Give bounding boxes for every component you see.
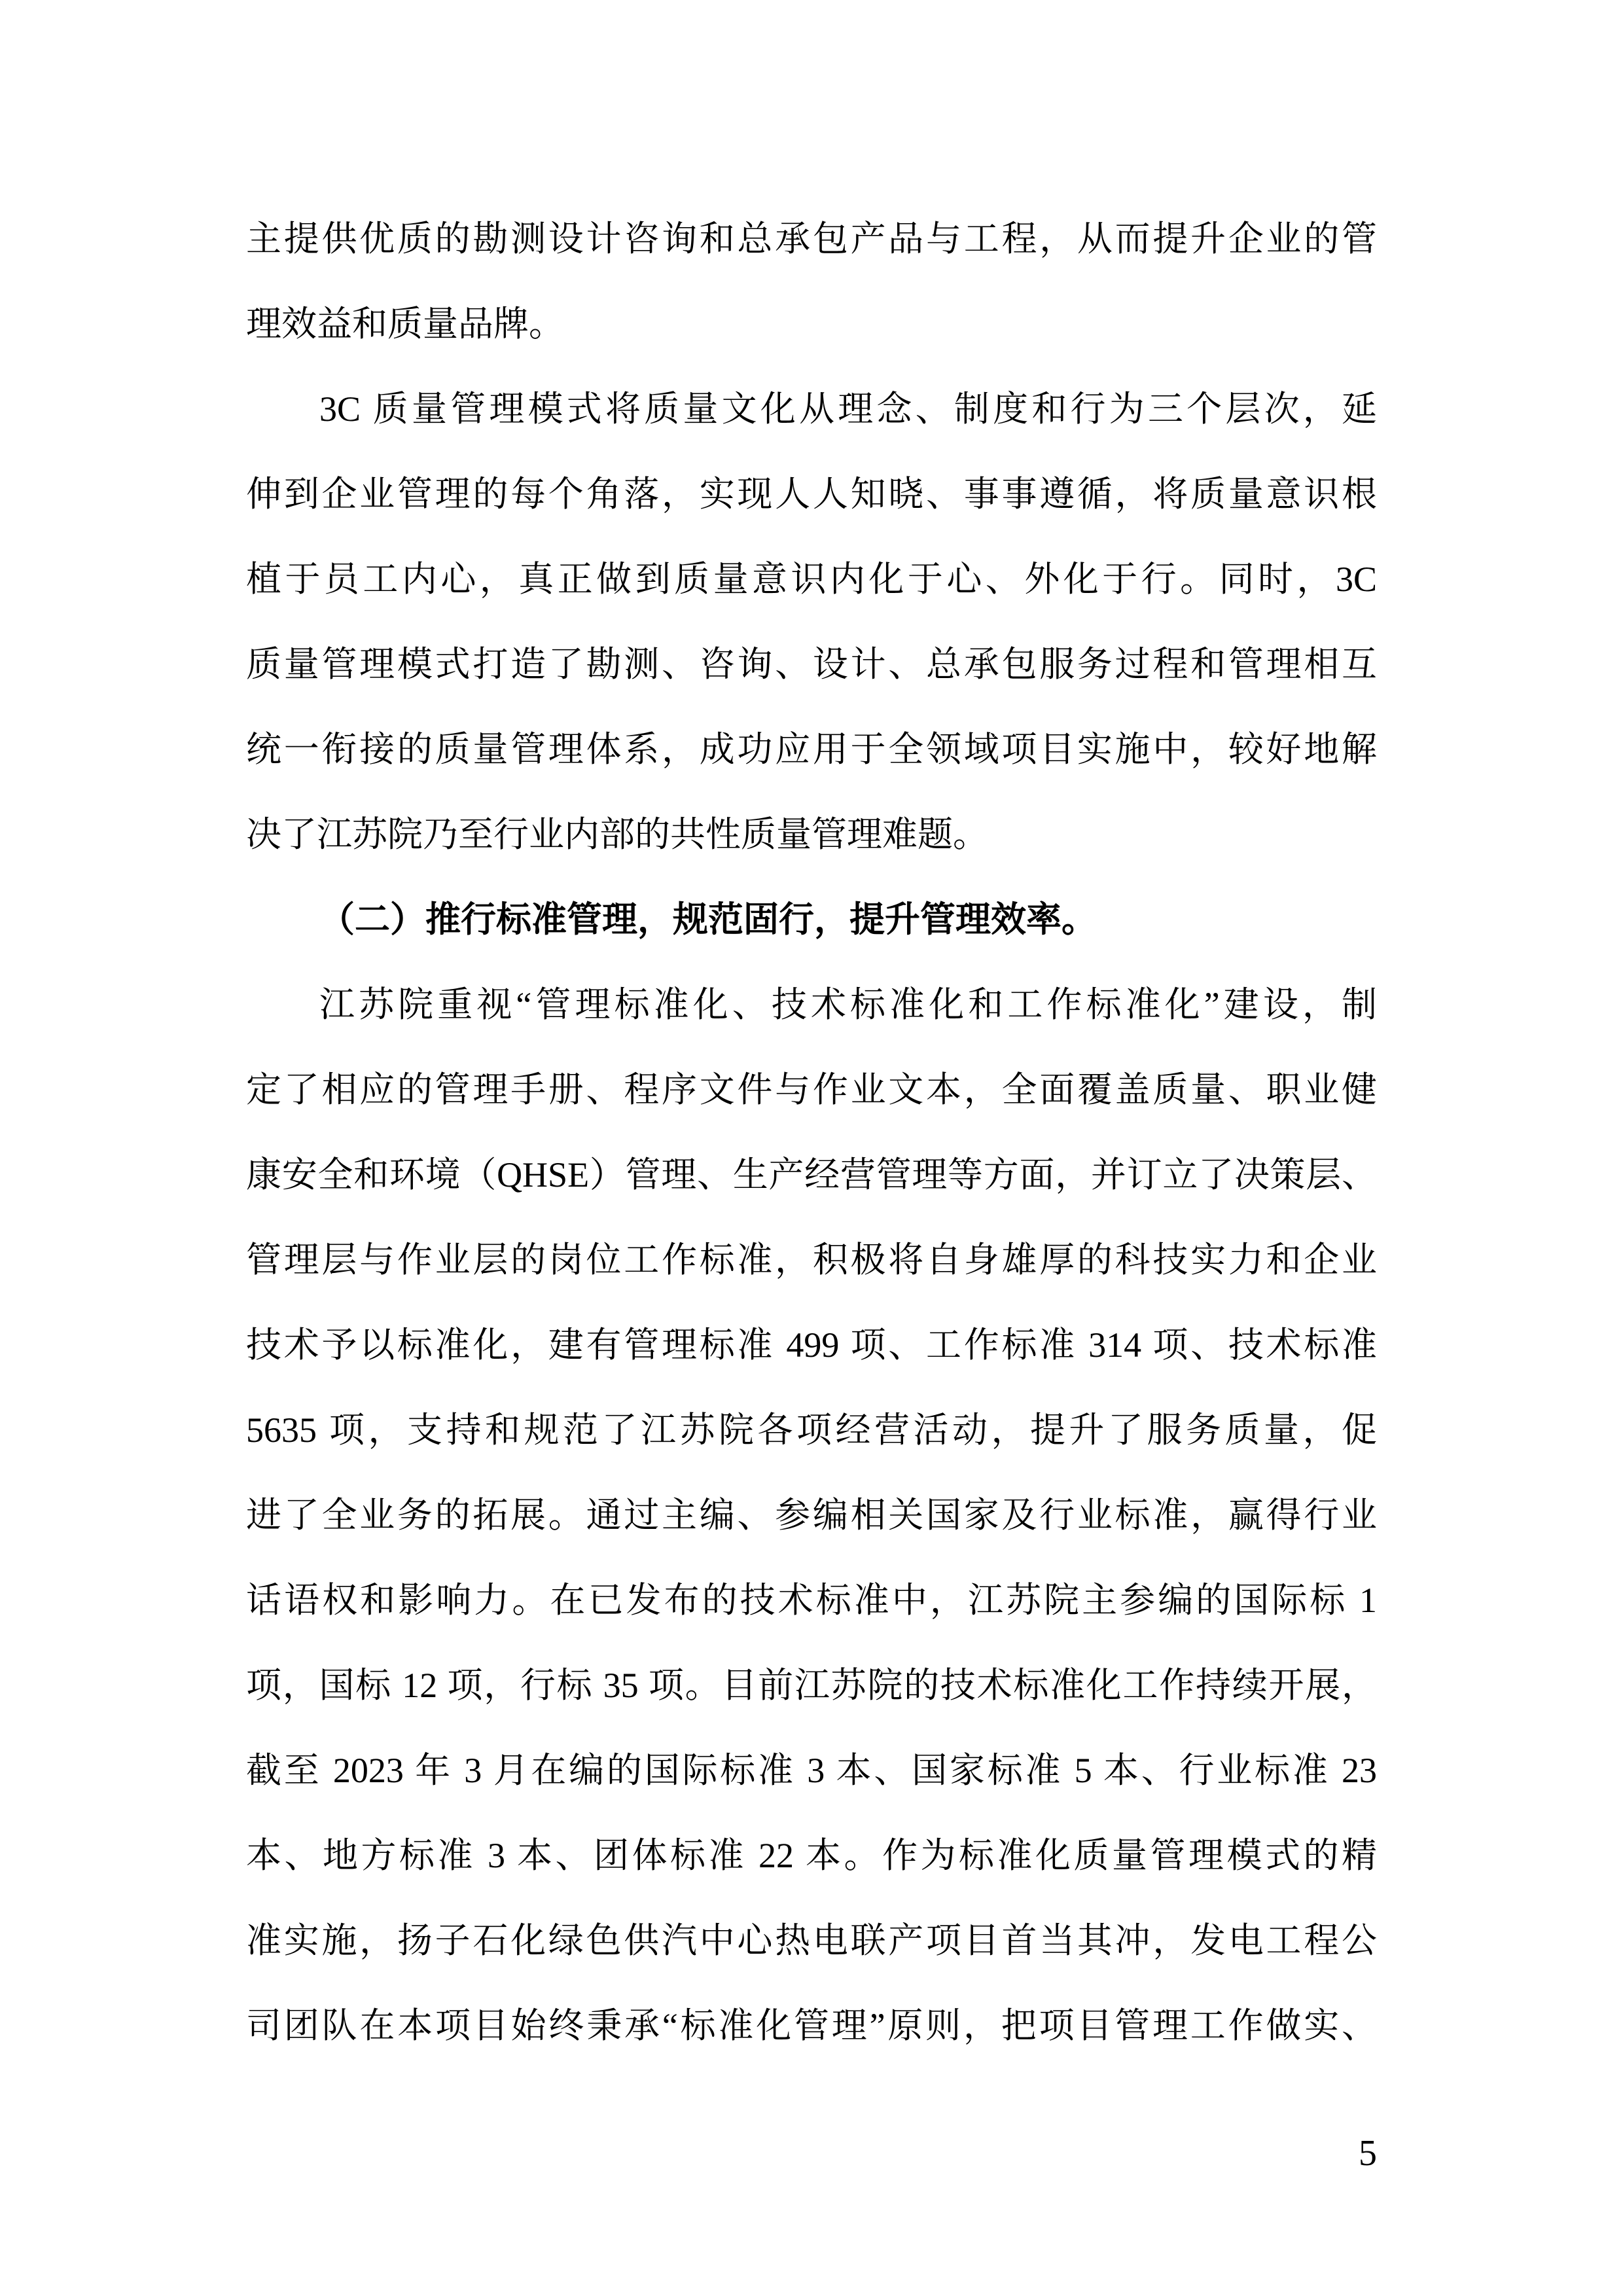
text-line: 准实施，扬子石化绿色供汽中心热电联产项目首当其冲，发电工程公	[246, 1898, 1377, 1983]
text-line: 进了全业务的拓展。通过主编、参编相关国家及行业标准，赢得行业	[246, 1473, 1377, 1558]
text-line: 理效益和质量品牌。	[246, 281, 1377, 367]
text-line: 主提供优质的勘测设计咨询和总承包产品与工程，从而提升企业的管	[246, 196, 1377, 281]
text-line: 管理层与作业层的岗位工作标准，积极将自身雄厚的科技实力和企业	[246, 1217, 1377, 1302]
text-line: 定了相应的管理手册、程序文件与作业文本，全面覆盖质量、职业健	[246, 1047, 1377, 1132]
text-line: 技术予以标准化，建有管理标准 499 项、工作标准 314 项、技术标准	[246, 1302, 1377, 1388]
text-line: 统一衔接的质量管理体系，成功应用于全领域项目实施中，较好地解	[246, 707, 1377, 792]
text-line: 截至 2023 年 3 月在编的国际标准 3 本、国家标准 5 本、行业标准 2…	[246, 1728, 1377, 1813]
text-line: 植于员工内心，真正做到质量意识内化于心、外化于行。同时，3C	[246, 537, 1377, 622]
text-line: 康安全和环境（QHSE）管理、生产经营管理等方面，并订立了决策层、	[246, 1132, 1377, 1217]
document-body: 主提供优质的勘测设计咨询和总承包产品与工程，从而提升企业的管理效益和质量品牌。3…	[246, 196, 1377, 2068]
text-line: 江苏院重视“管理标准化、技术标准化和工作标准化”建设，制	[246, 962, 1377, 1047]
text-line: 伸到企业管理的每个角落，实现人人知晓、事事遵循，将质量意识根	[246, 452, 1377, 537]
section-heading: （二）推行标准管理，规范固行，提升管理效率。	[246, 877, 1377, 962]
text-line: 项，国标 12 项，行标 35 项。目前江苏院的技术标准化工作持续开展，	[246, 1643, 1377, 1728]
text-line: 本、地方标准 3 本、团体标准 22 本。作为标准化质量管理模式的精	[246, 1813, 1377, 1898]
document-page: 主提供优质的勘测设计咨询和总承包产品与工程，从而提升企业的管理效益和质量品牌。3…	[0, 0, 1623, 2296]
text-line: 3C 质量管理模式将质量文化从理念、制度和行为三个层次，延	[246, 367, 1377, 452]
text-line: 司团队在本项目始终秉承“标准化管理”原则，把项目管理工作做实、	[246, 1983, 1377, 2068]
text-line: 话语权和影响力。在已发布的技术标准中，江苏院主参编的国际标 1	[246, 1558, 1377, 1643]
page-number: 5	[1359, 2111, 1377, 2196]
text-line: 决了江苏院乃至行业内部的共性质量管理难题。	[246, 792, 1377, 877]
text-line: 质量管理模式打造了勘测、咨询、设计、总承包服务过程和管理相互	[246, 622, 1377, 707]
text-line: 5635 项，支持和规范了江苏院各项经营活动，提升了服务质量，促	[246, 1388, 1377, 1473]
